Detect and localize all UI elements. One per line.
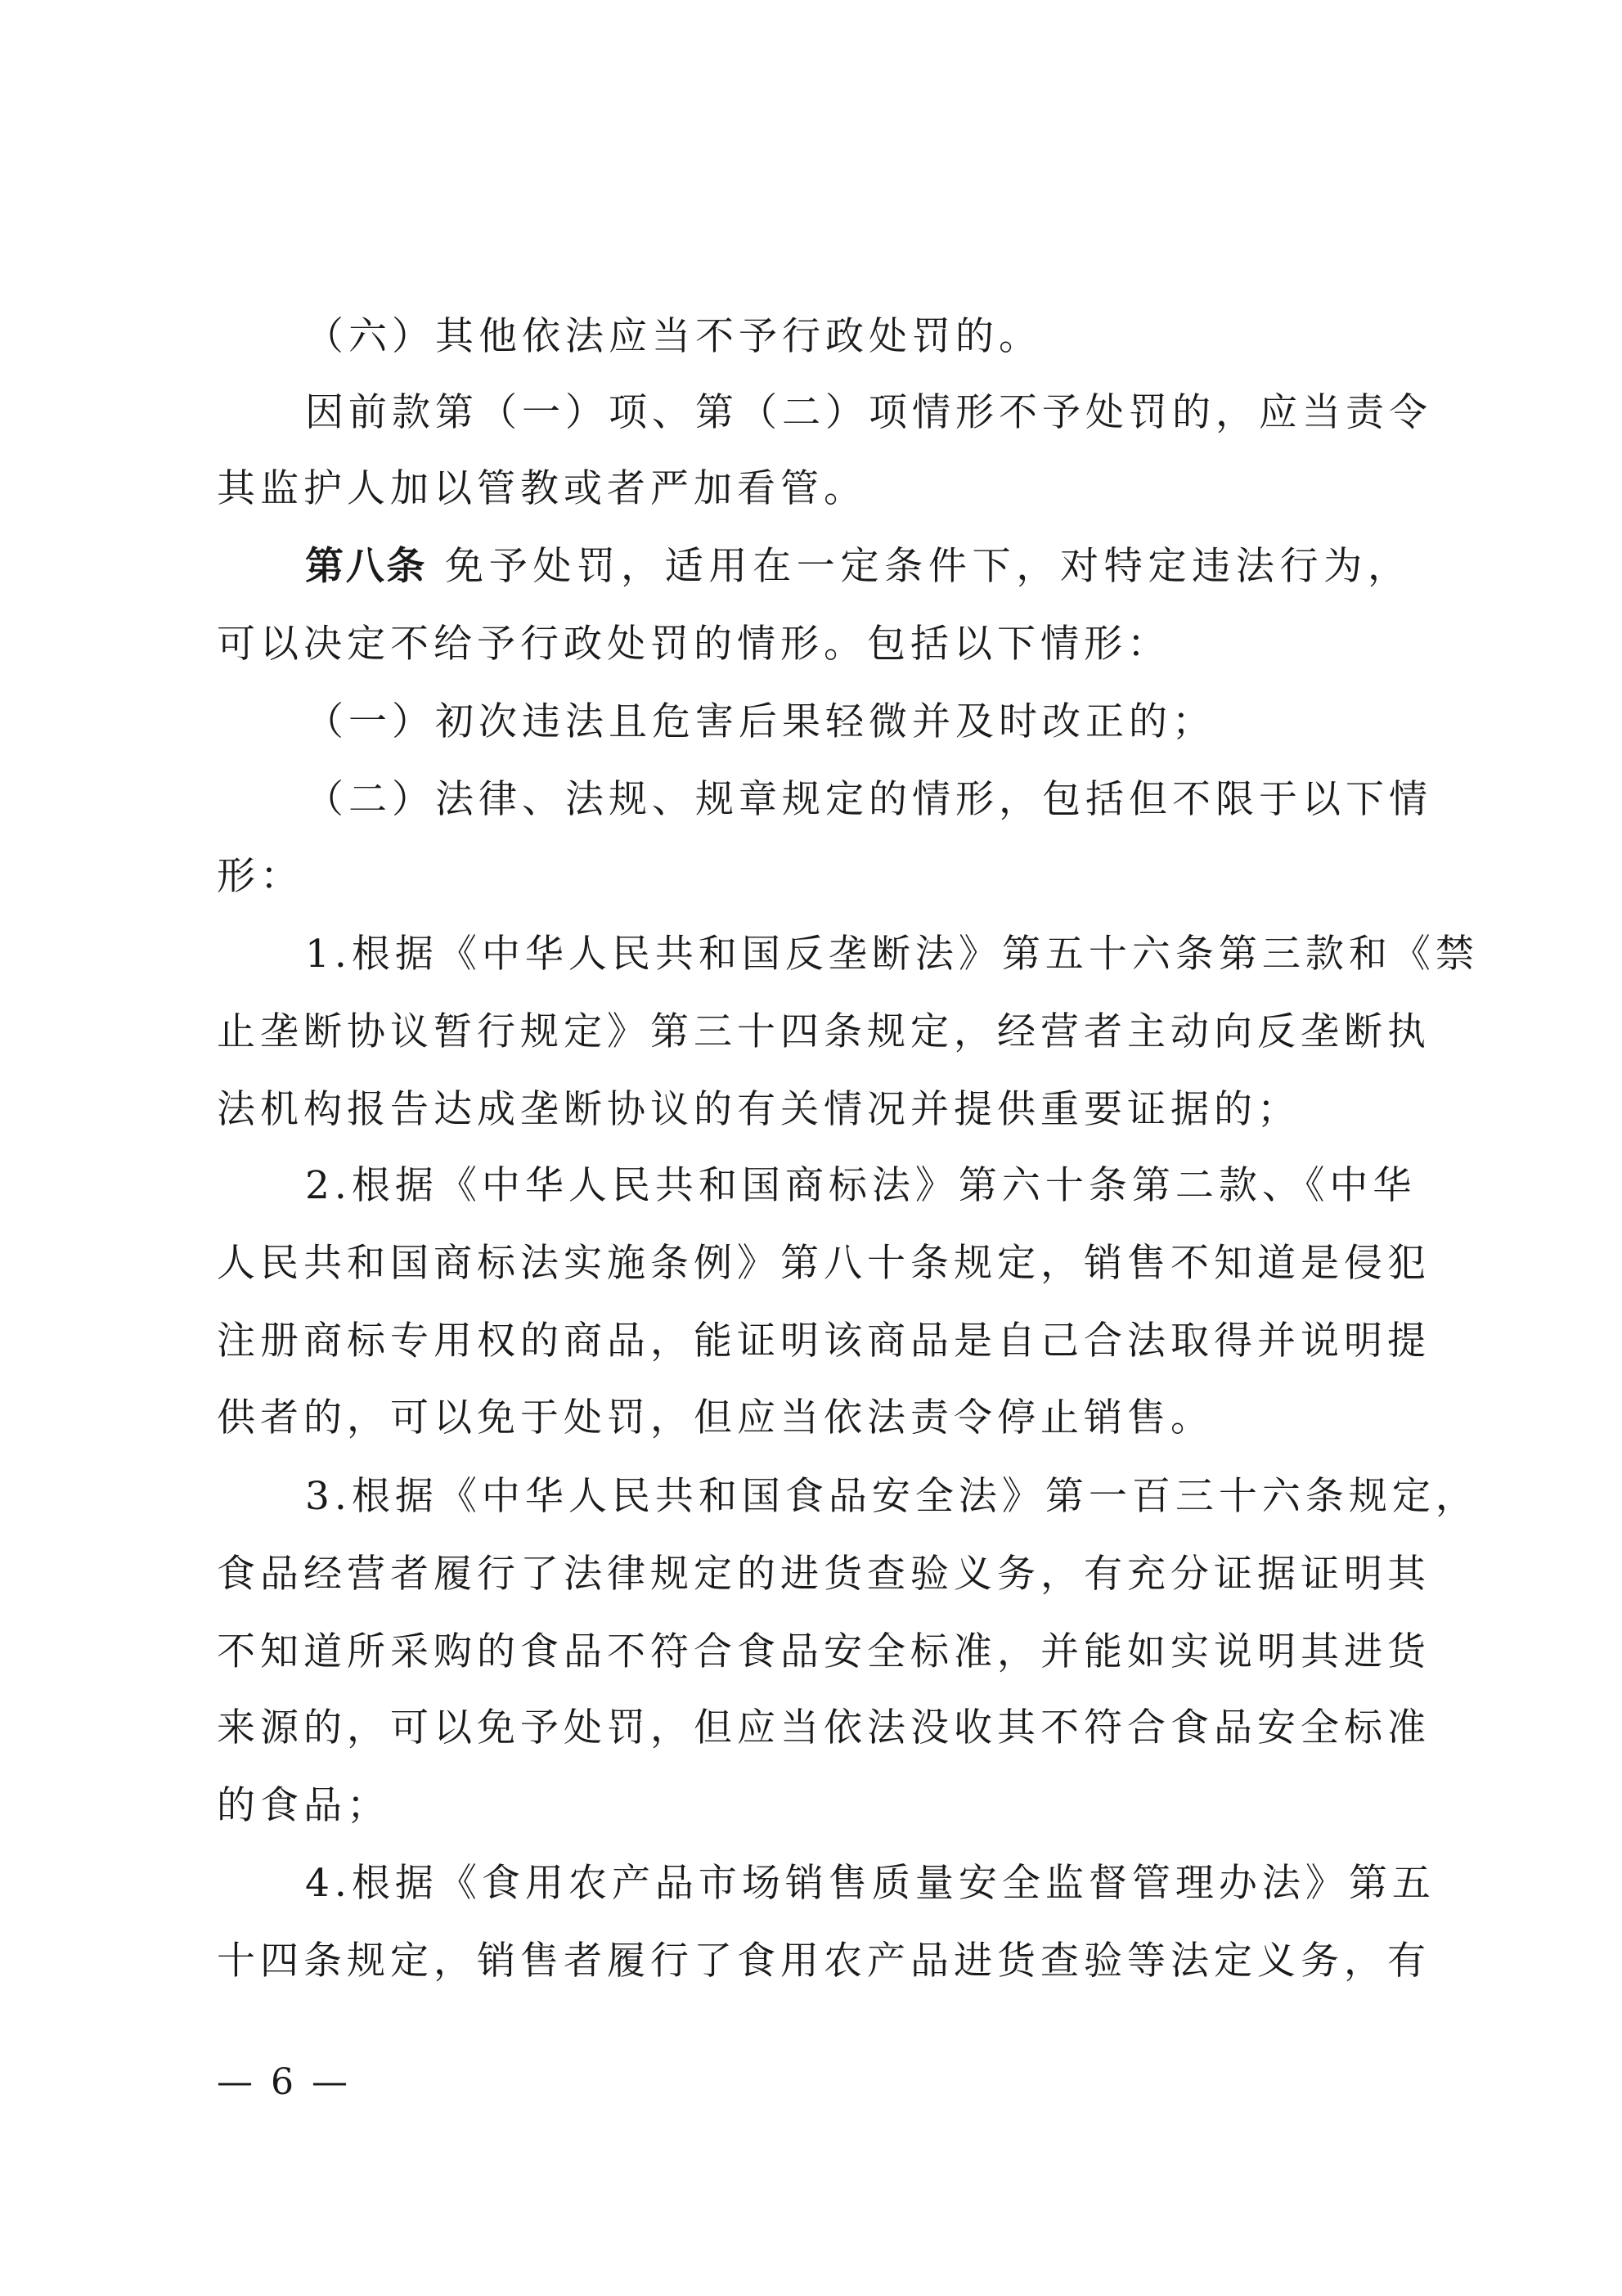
article-8-line-2: 可以决定不给予行政处罚的情形。包括以下情形： xyxy=(217,620,1411,669)
paragraph-guardian-line-1: 因前款第（一）项、第（二）项情形不予处罚的，应当责令 xyxy=(305,389,1411,438)
sub-2-line-1: 2.根据《中华人民共和国商标法》第六十条第二款、《中华 xyxy=(305,1161,1411,1211)
article-heading: 第八条 xyxy=(305,544,427,589)
sub-3-line-3: 不知道所采购的食品不符合食品安全标准，并能如实说明其进货 xyxy=(217,1628,1411,1677)
article-8-line-1: 第八条免予处罚，适用在一定条件下，对特定违法行为， xyxy=(305,542,1411,591)
paragraph-guardian-line-2: 其监护人加以管教或者严加看管。 xyxy=(217,465,1411,514)
article-8-item-1-line-1: （一）初次违法且危害后果轻微并及时改正的； xyxy=(305,698,1411,747)
article-8-text: 免予处罚，适用在一定条件下，对特定违法行为， xyxy=(445,544,1411,589)
sub-4-line-2: 十四条规定，销售者履行了食用农产品进货查验等法定义务，有 xyxy=(217,1937,1411,1986)
sub-3-line-4: 来源的，可以免予处罚，但应当依法没收其不符合食品安全标准 xyxy=(217,1704,1411,1753)
article-8-item-2-line-1: （二）法律、法规、规章规定的情形，包括但不限于以下情 xyxy=(305,775,1411,824)
document-page: （六）其他依法应当不予行政处罚的。 因前款第（一）项、第（二）项情形不予处罚的，… xyxy=(0,0,1622,2296)
sub-3-line-1: 3.根据《中华人民共和国食品安全法》第一百三十六条规定， xyxy=(305,1472,1411,1521)
sub-2-line-4: 供者的，可以免于处罚，但应当依法责令停止销售。 xyxy=(217,1394,1411,1443)
sub-2-line-3: 注册商标专用权的商品，能证明该商品是自己合法取得并说明提 xyxy=(217,1317,1411,1366)
article-8-item-2-line-2: 形： xyxy=(217,852,1411,901)
sub-2-line-2: 人民共和国商标法实施条例》第八十条规定，销售不知道是侵犯 xyxy=(217,1239,1411,1288)
paragraph-item-6-line-1: （六）其他依法应当不予行政处罚的。 xyxy=(305,312,1411,362)
sub-1-line-3: 法机构报告达成垄断协议的有关情况并提供重要证据的； xyxy=(217,1085,1411,1135)
sub-4-line-1: 4.根据《食用农产品市场销售质量安全监督管理办法》第五 xyxy=(305,1859,1411,1908)
sub-1-line-2: 止垄断协议暂行规定》第三十四条规定，经营者主动向反垄断执 xyxy=(217,1008,1411,1057)
sub-3-line-2: 食品经营者履行了法律规定的进货查验义务，有充分证据证明其 xyxy=(217,1550,1411,1599)
sub-3-line-5: 的食品； xyxy=(217,1782,1411,1831)
sub-1-line-1: 1.根据《中华人民共和国反垄断法》第五十六条第三款和《禁 xyxy=(305,930,1411,979)
page-number: — 6 — xyxy=(217,2060,351,2105)
